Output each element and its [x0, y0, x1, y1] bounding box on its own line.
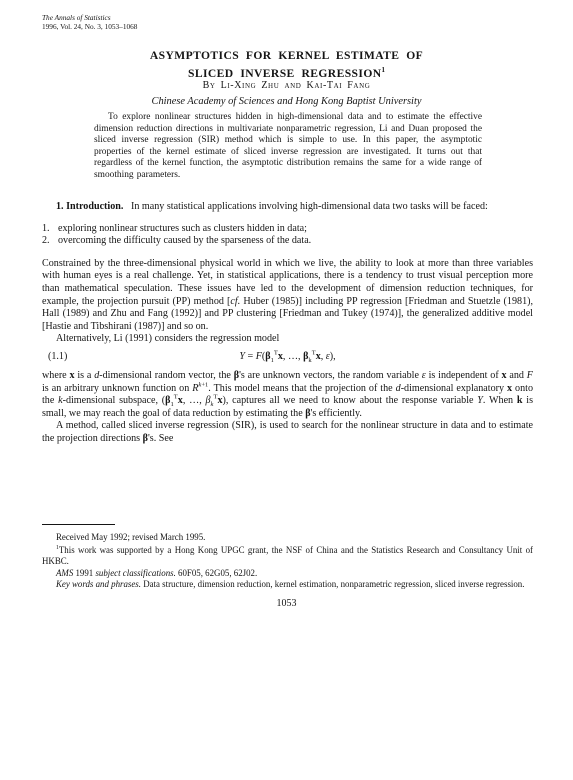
byline: By Li-Xing Zhu and Kai-Tai Fang: [0, 80, 573, 91]
affiliation: Chinese Academy of Sciences and Hong Kon…: [0, 96, 573, 107]
section-heading-paragraph: 1. Introduction. In many statistical app…: [42, 201, 533, 214]
footnote-keywords: Key words and phrases. Data structure, d…: [42, 579, 533, 590]
list-item-number: 2.: [42, 235, 58, 248]
body-paragraph: Alternatively, Li (1991) considers the r…: [42, 333, 533, 346]
list-item-text: exploring nonlinear structures such as c…: [58, 223, 533, 236]
paper-page: The Annals of Statistics 1996, Vol. 24, …: [0, 0, 573, 780]
body-paragraph: A method, called sliced inverse regressi…: [42, 420, 533, 445]
equation-body: Y = F(β1Tx, …, βkTx, ε),: [42, 351, 533, 364]
body-paragraph: where x is a d-dimensional random vector…: [42, 370, 533, 420]
page-number: 1053: [0, 598, 573, 609]
equation-label: (1.1): [48, 351, 67, 364]
list-item-text: overcoming the difficulty caused by the …: [58, 235, 533, 248]
journal-name: The Annals of Statistics: [42, 13, 137, 22]
footnote-rule: [42, 524, 115, 525]
journal-issue: 1996, Vol. 24, No. 3, 1053–1068: [42, 22, 137, 31]
paper-body: 1. Introduction. In many statistical app…: [42, 201, 533, 446]
abstract: To explore nonlinear structures hidden i…: [94, 112, 482, 182]
paper-title: ASYMPTOTICS FOR KERNEL ESTIMATE OFSLICED…: [0, 49, 573, 81]
footnotes: Received May 1992; revised March 1995. 1…: [42, 524, 533, 590]
equation: (1.1) Y = F(β1Tx, …, βkTx, ε),: [42, 351, 533, 366]
footnote-ams-classifications: AMS 1991 subject classifications. 60F05,…: [42, 568, 533, 579]
task-list: 1. exploring nonlinear structures such a…: [42, 223, 533, 248]
journal-info: The Annals of Statistics 1996, Vol. 24, …: [42, 13, 137, 31]
list-item-number: 1.: [42, 223, 58, 236]
list-item: 2. overcoming the difficulty caused by t…: [42, 235, 533, 248]
title-footnote-mark: 1: [382, 66, 386, 74]
footnote-received: Received May 1992; revised March 1995.: [42, 532, 533, 543]
footnote-support: 1This work was supported by a Hong Kong …: [42, 543, 533, 567]
title-line-1: ASYMPTOTICS FOR KERNEL ESTIMATE OF: [150, 49, 423, 62]
list-item: 1. exploring nonlinear structures such a…: [42, 223, 533, 236]
body-paragraph: Constrained by the three-dimensional phy…: [42, 258, 533, 334]
title-line-2: SLICED INVERSE REGRESSION: [188, 67, 382, 80]
